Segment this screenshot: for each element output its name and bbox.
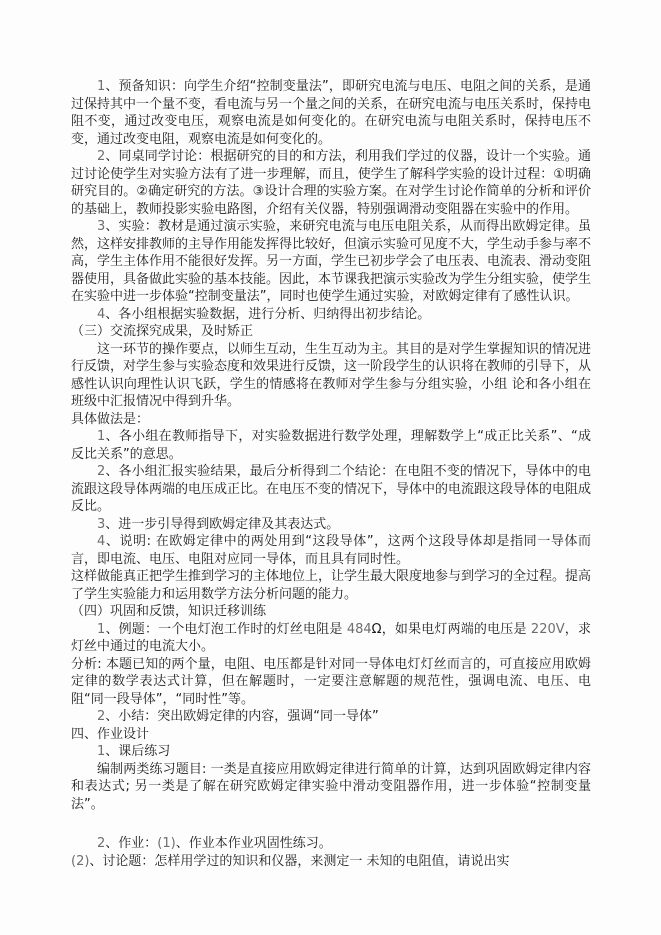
para-example-problem: 1、例题：一个电灯泡工作时的灯丝电阻是 484Ω，如果电灯两端的电压是 220V…: [71, 621, 591, 656]
ascii-run: 1: [97, 744, 105, 759]
para-after-class-exercise: 1、课后练习: [71, 743, 591, 761]
ascii-run: 2: [97, 709, 105, 724]
para-specific-methods-label: 具体做法是：: [71, 411, 591, 429]
ascii-run: 4: [97, 534, 105, 549]
ascii-run: 1: [97, 429, 105, 444]
para-section-three-intro: 这一环节的操作要点，以师生互动，生生互动为主。其目的是对学生掌握知识的情况进行反…: [71, 341, 591, 411]
para-homework-item-1: 2、作业：(1)、作业本作业巩固性练习。: [71, 835, 591, 853]
para-method-1: 1、各小组在教师指导下，对实验数据进行数学处理，理解数学上“成正比关系”、“成反…: [71, 428, 591, 463]
para-prep-knowledge: 1、预备知识：向学生介绍“控制变量法”，即研究电流与电压、电阻之间的关系，是通过…: [71, 78, 591, 148]
para-lesson-summary: 2、小结：突出欧姆定律的内容，强调“同一导体”: [71, 708, 591, 726]
para-exercise-types: 编制两类练习题目: 一类是直接应用欧姆定律进行简单的计算，达到巩固欧姆定律内容和…: [71, 761, 591, 814]
para-group-data-analysis: 4、各小组根据实验数据，进行分析、归纳得出初步结论。: [71, 306, 591, 324]
para-method-4-note: 4、说明: 在欧姆定律中的两处用到“这段导体”，这两个这段导体却是指同一导体而言…: [71, 533, 591, 568]
para-benefit-summary: 这样做能真正把学生推到学习的主体地位上，让学生最大限度地参与到学习的全过程。提高…: [71, 568, 591, 603]
document-page: 1、预备知识：向学生介绍“控制变量法”，即研究电流与电压、电阻之间的关系，是通过…: [0, 0, 661, 935]
para-experiment-arrangement: 3、实验：教材是通过演示实验，来研究电流与电压电阻关系，从而得出欧姆定律。虽然，…: [71, 218, 591, 306]
ascii-run: (2): [71, 854, 89, 869]
ascii-run: 3: [97, 219, 105, 234]
ascii-run: 2: [97, 464, 105, 479]
heading-section-three: （三）交流探究成果，及时矫正: [71, 323, 591, 341]
ascii-run: 2: [97, 149, 105, 164]
heading-homework-design: 四、作业设计: [71, 726, 591, 744]
heading-section-four: （四）巩固和反馈，知识迁移训练: [71, 603, 591, 621]
ascii-run: 2: [97, 836, 105, 851]
ascii-run: 1: [97, 79, 105, 94]
ascii-run: 484: [347, 622, 372, 637]
ascii-run: 1: [97, 622, 105, 637]
para-method-2: 2、各小组汇报实验结果，最后分析得到二个结论：在电阻不变的情况下，导体中的电流跟…: [71, 463, 591, 516]
ascii-run: 3: [97, 517, 105, 532]
ascii-run: 220V: [531, 622, 565, 637]
para-deskmate-discussion: 2、同桌同学讨论：根据研究的目的和方法，利用我们学过的仪器，设计一个实验。通过讨…: [71, 148, 591, 218]
ascii-run: 4: [97, 307, 105, 322]
ascii-run: (1): [157, 836, 175, 851]
para-example-analysis: 分析: 本题已知的两个量，电阻、电压都是针对同一导体电灯灯丝而言的，可直接应用欧…: [71, 656, 591, 709]
para-method-3: 3、进一步引导得到欧姆定律及其表达式。: [71, 516, 591, 534]
para-homework-item-2: (2)、讨论题：怎样用学过的知识和仪器，来测定一 未知的电阻值，请说出实: [71, 853, 591, 871]
